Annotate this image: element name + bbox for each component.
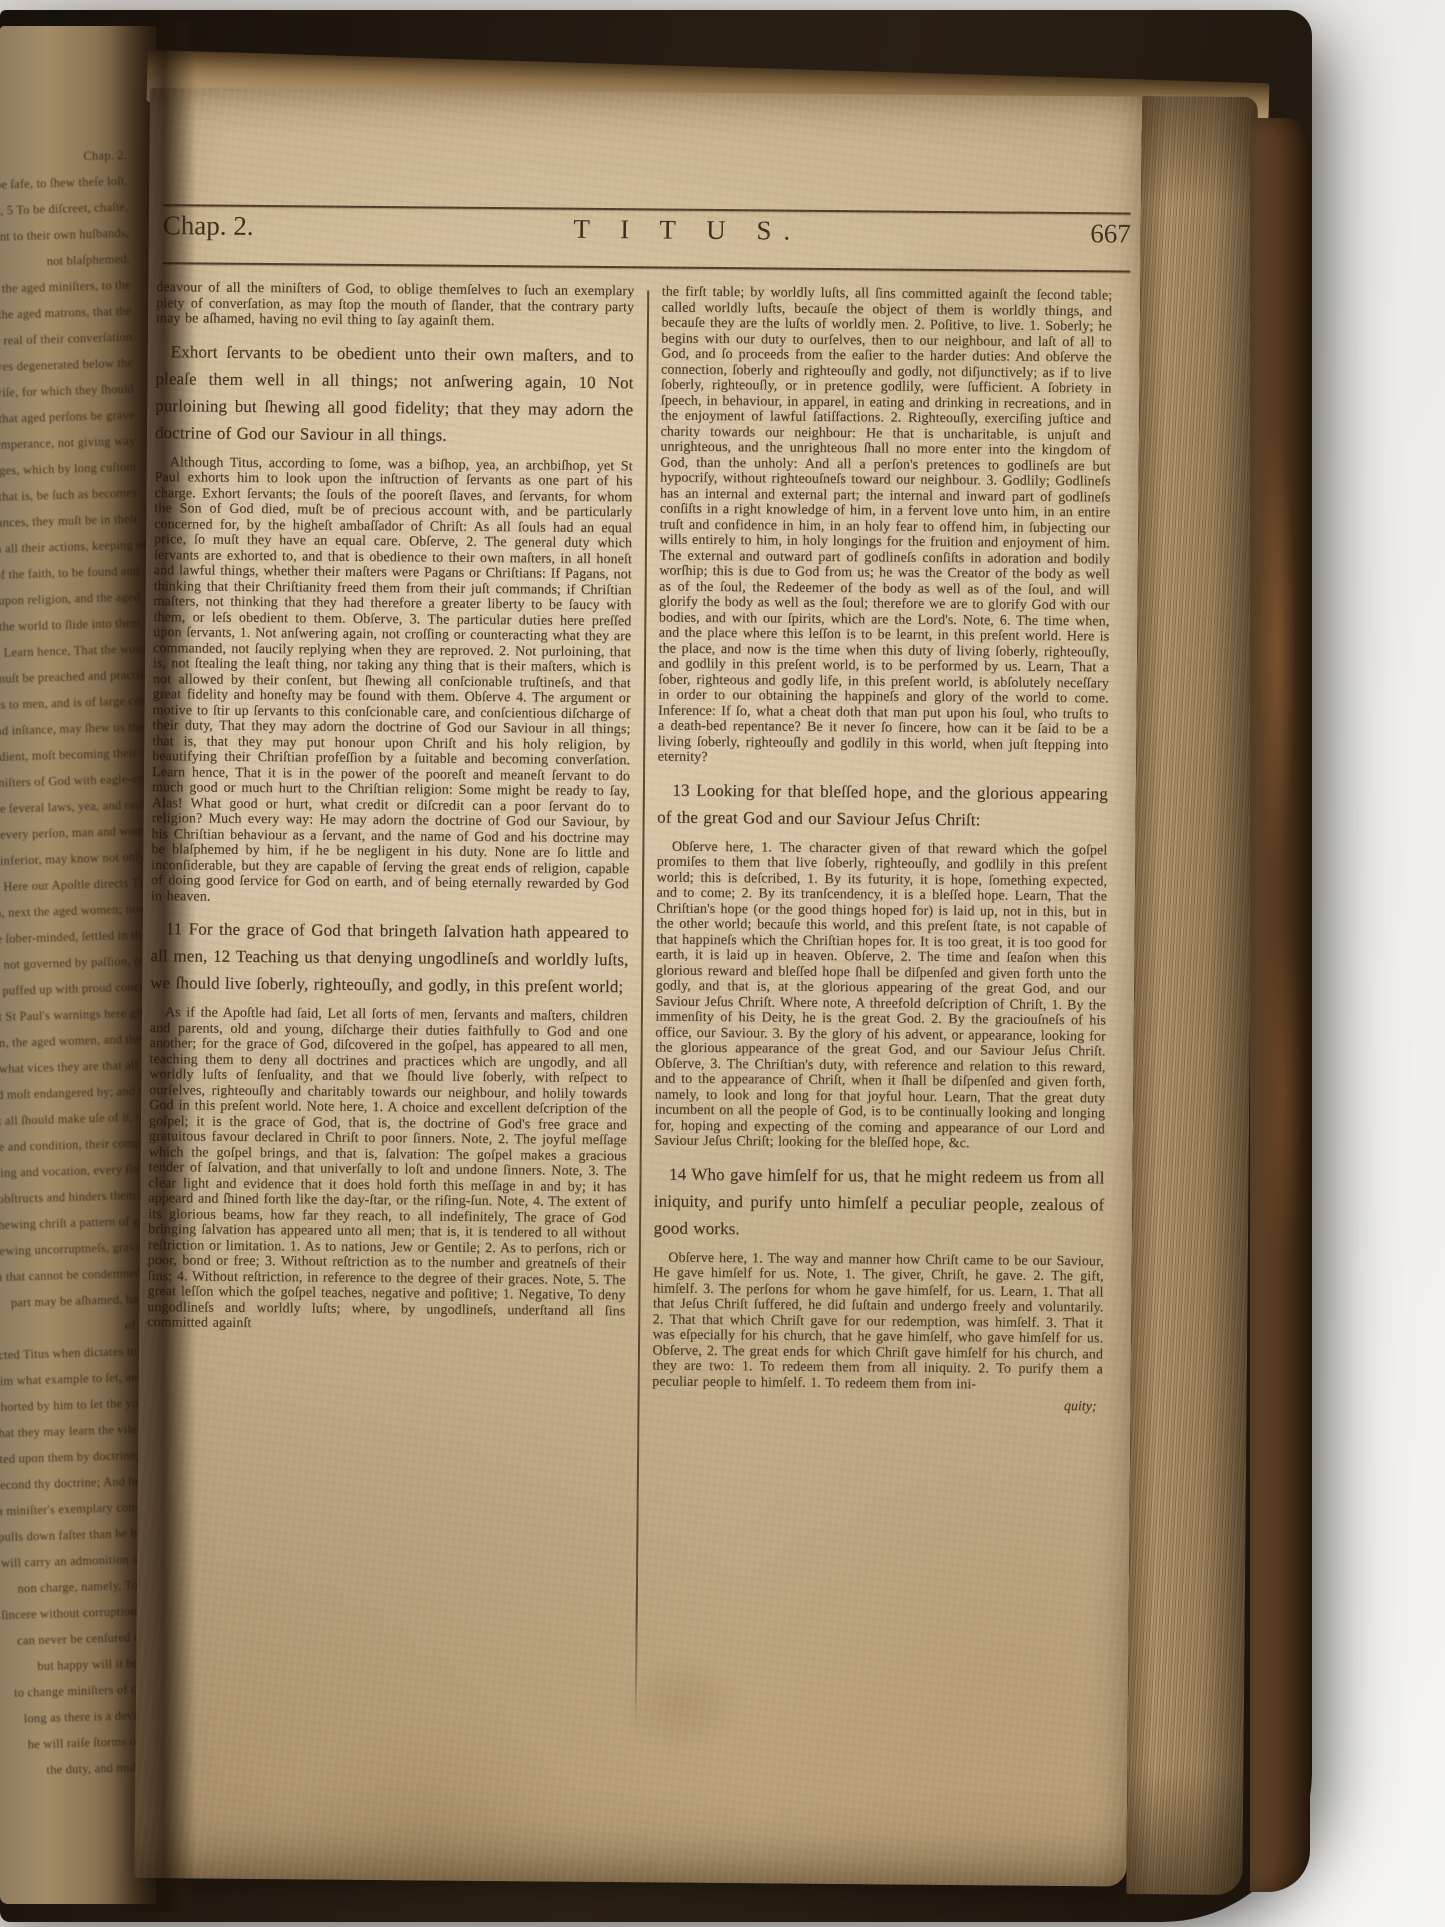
commentary-paragraph: the firſt table; by worldly luſts, all ſ…	[658, 284, 1113, 768]
commentary-paragraph: Obſerve here, 1. The character given of …	[654, 839, 1107, 1153]
column-divider-rule	[635, 290, 649, 1728]
chapter-label: Chap. 2.	[163, 210, 383, 243]
commentary-paragraph: deavour of all the miniſters of God, to …	[156, 280, 634, 331]
header-rule-bottom	[162, 262, 1130, 272]
verse-paragraph: Exhort ſervants to be obedient unto thei…	[155, 338, 634, 450]
right-column: the firſt table; by worldly luſts, all ſ…	[648, 284, 1112, 1852]
verso-page-fragments: Chap. 2.to be ſafe, to ſhew theſe loſt,f…	[0, 142, 156, 1784]
commentary-paragraph: As if the Apoſtle had ſaid, Let all ſort…	[147, 1005, 628, 1335]
verse-paragraph: 14 Who gave himſelf for us, that he migh…	[653, 1160, 1104, 1245]
page-title: T I T U S.	[383, 212, 981, 248]
verse-paragraph: 11 For the grace of God that bringeth ſa…	[150, 915, 629, 1000]
page-header: Chap. 2. T I T U S. 667	[163, 210, 1131, 262]
catchword: quity;	[652, 1395, 1103, 1415]
book-photograph: Chap. 2.to be ſafe, to ſhew theſe loſt,f…	[0, 0, 1445, 1927]
page-number: 667	[981, 217, 1131, 249]
left-column: deavour of all the miniſters of God, to …	[143, 280, 635, 1848]
fragment-line: the duty, and muſt be the	[5, 1753, 156, 1784]
fore-edge-page-stack	[1126, 96, 1258, 1895]
leather-cover-board	[1250, 118, 1310, 1892]
verse-paragraph: 13 Looking for that bleſſed hope, and th…	[657, 776, 1108, 834]
verso-page: Chap. 2.to be ſafe, to ſhew theſe loſt,f…	[0, 26, 156, 1904]
text-columns: deavour of all the miniſters of God, to …	[143, 280, 1113, 1852]
recto-page: Chap. 2. T I T U S. 667 deavour of all t…	[134, 88, 1142, 1887]
commentary-paragraph: Although Titus, according to ſome, was a…	[151, 455, 633, 909]
commentary-paragraph: Obſerve here, 1. The way and manner how …	[652, 1250, 1104, 1393]
